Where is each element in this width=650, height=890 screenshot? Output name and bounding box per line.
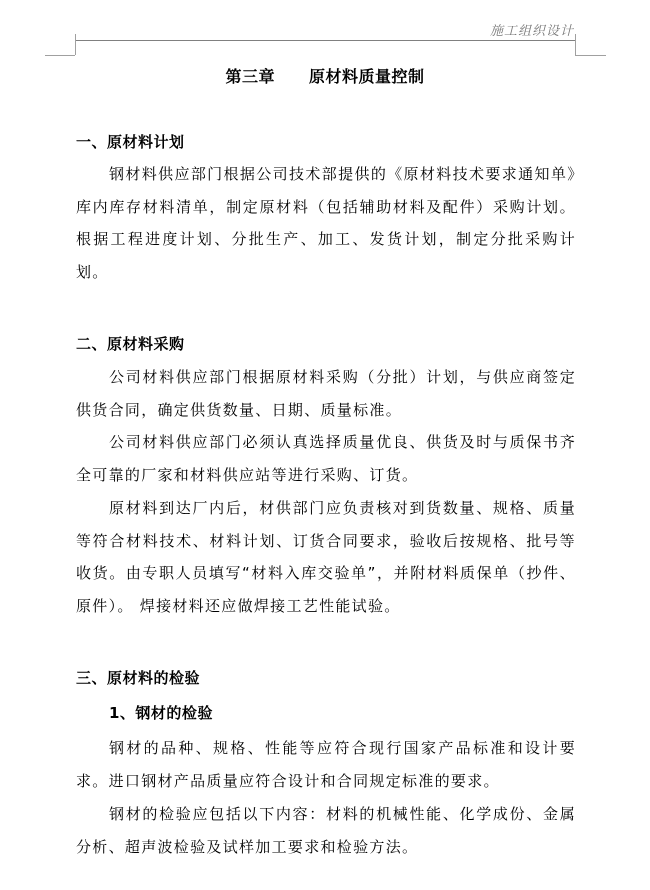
paragraph: 公司材料供应部门根据原材料采购（分批）计划，与供应商签定供货合同，确定供货数量、… — [76, 361, 576, 426]
section-heading-procurement: 二、原材料采购 — [76, 333, 185, 354]
paragraph: 公司材料供应部门必须认真选择质量优良、供货及时与质保书齐全可靠的厂家和材料供应站… — [76, 426, 576, 491]
document-page: 施工组织设计 第三章原材料质量控制 一、原材料计划 钢材料供应部门根据公司技术部… — [0, 0, 650, 890]
chapter-number: 第三章 — [225, 67, 275, 86]
subsection-heading-steel-inspection: 1、钢材的检验 — [109, 702, 213, 723]
chapter-name: 原材料质量控制 — [309, 67, 425, 86]
section-heading-plan: 一、原材料计划 — [76, 131, 185, 152]
paragraph: 钢材的品种、规格、性能等应符合现行国家产品标准和设计要求。进口钢材产品质量应符合… — [76, 732, 576, 797]
paragraph: 原材料到达厂内后，材供部门应负责核对到货数量、规格、质量等符合材料技术、材料计划… — [76, 492, 576, 622]
header-rule — [75, 40, 575, 41]
chapter-title: 第三章原材料质量控制 — [0, 64, 650, 87]
crop-mark-right-vertical — [575, 34, 576, 55]
crop-mark-right-horizontal — [575, 55, 606, 56]
paragraph: 钢材的检验应包括以下内容：材料的机械性能、化学成份、金属分析、超声波检验及试样加… — [76, 798, 576, 863]
running-header-title: 施工组织设计 — [490, 20, 574, 39]
paragraph: 钢材料供应部门根据公司技术部提供的《原材料技术要求通知单》库内库存材料清单，制定… — [76, 158, 576, 288]
crop-mark-left-vertical — [75, 34, 76, 55]
section-heading-inspection: 三、原材料的检验 — [76, 667, 200, 688]
crop-mark-left-horizontal — [45, 55, 75, 56]
